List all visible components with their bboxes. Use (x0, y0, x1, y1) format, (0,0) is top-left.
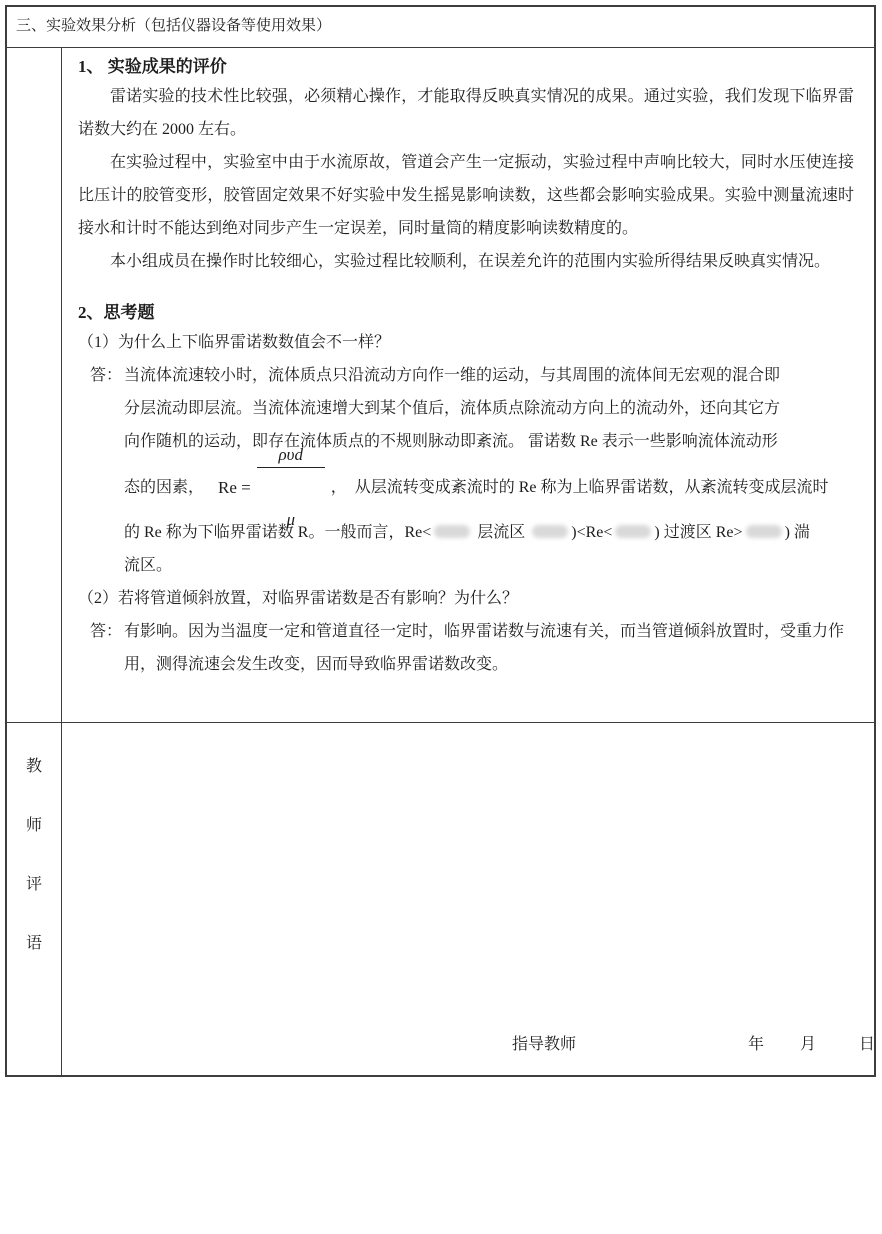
teacher-comment-area: 指导教师 年 月 日 (62, 723, 874, 1075)
signature-line: 指导教师 年 月 日 (62, 1035, 874, 1055)
answer-1-line-1: 答：当流体流速较小时，流体质点只沿流动方向作一维的运动，与其周围的流体间无宏观的… (124, 359, 854, 392)
section2-block: 2、思考题 （1）为什么上下临界雷诺数数值会不一样？ 答：当流体流速较小时，流体… (78, 300, 854, 681)
formula-lhs: Re = (218, 471, 251, 504)
section-header-row: 三、实验效果分析（包括仪器设备等使用效果） (7, 7, 874, 48)
answer-1-text-1: 当流体流速较小时，流体质点只沿流动方向作一维的运动，与其周围的流体间无宏观的混合… (124, 367, 780, 384)
answer-2-label: 答： (90, 615, 124, 648)
section2-title: 2、思考题 (78, 300, 854, 326)
answer-2-text: 答：有影响。因为当温度一定和管道直径一定时，临界雷诺数与流速有关，而当管道倾斜放… (124, 615, 854, 681)
formula-line-suffix: ， 从层流转变成紊流时的 Re 称为上临界雷诺数，从紊流转变成层流时 (331, 471, 829, 504)
section1-paragraph-2: 在实验过程中，实验室中由于水流原故，管道会产生一定振动，实验过程中声响比较大，同… (78, 146, 854, 245)
answer-1-label: 答： (90, 359, 124, 392)
section1-title: 1、 实验成果的评价 (78, 54, 854, 80)
answer-1-formula-line: 态的因素， Re = ρυd μ ， 从层流转变成紊流时的 Re 称为上临界雷诺… (124, 458, 854, 516)
answer-2: 答：有影响。因为当温度一定和管道直径一定时，临界雷诺数与流速有关，而当管道倾斜放… (78, 615, 854, 681)
section1-paragraph-1: 雷诺实验的技术性比较强，必须精心操作，才能取得反映真实情况的成果。通过实验，我们… (78, 80, 854, 146)
section1-paragraph-3: 本小组成员在操作时比较细心，实验过程比较顺利，在误差允许的范围内实验所得结果反映… (78, 245, 854, 278)
year-label: 年 (748, 1036, 764, 1053)
teacher-comment-row: 教 师 评 语 指导教师 年 月 日 (7, 723, 874, 1075)
section-header-title: 三、实验效果分析（包括仪器设备等使用效果） (16, 18, 331, 34)
redacted-value-2 (532, 525, 568, 538)
redacted-value-3 (615, 525, 651, 538)
answer-1-line-5-seg-3: )<Re< (571, 524, 612, 541)
answer-1-line-5-seg-1: 的 Re 称为下临界雷诺数 R。一般而言，Re< (124, 524, 431, 541)
supervising-teacher-label: 指导教师 (512, 1036, 576, 1053)
answer-1-line-5-seg-5: ) 湍 (785, 524, 810, 541)
teacher-label-char-3: 评 (26, 871, 42, 894)
answer-1-line-5: 的 Re 称为下临界雷诺数 R。一般而言，Re< 层流区 )<Re<) 过渡区 … (124, 516, 854, 549)
teacher-label-char-2: 师 (26, 812, 42, 835)
empty-left-cell (7, 48, 62, 722)
teacher-label-char-1: 教 (26, 753, 42, 776)
answer-2-body: 有影响。因为当温度一定和管道直径一定时，临界雷诺数与流速有关，而当管道倾斜放置时… (124, 623, 844, 673)
report-form-table: 三、实验效果分析（包括仪器设备等使用效果） 1、 实验成果的评价 雷诺实验的技术… (5, 5, 876, 1077)
teacher-label-char-4: 语 (26, 930, 42, 953)
answer-1-line-5-seg-4: ) 过渡区 Re> (654, 524, 742, 541)
answer-1: 答：当流体流速较小时，流体质点只沿流动方向作一维的运动，与其周围的流体间无宏观的… (78, 359, 854, 582)
teacher-comment-label-cell: 教 师 评 语 (7, 723, 62, 1075)
analysis-content-cell: 1、 实验成果的评价 雷诺实验的技术性比较强，必须精心操作，才能取得反映真实情况… (62, 48, 874, 722)
formula-numerator: ρυd (257, 445, 325, 468)
main-content-row: 1、 实验成果的评价 雷诺实验的技术性比较强，必须精心操作，才能取得反映真实情况… (7, 48, 874, 723)
redacted-value-4 (746, 525, 782, 538)
redacted-value-1 (434, 525, 470, 538)
formula-line-prefix: 态的因素， (124, 471, 204, 504)
question-2: （2）若将管道倾斜放置，对临界雷诺数是否有影响？为什么？ (78, 582, 854, 615)
day-label: 日 (859, 1036, 875, 1053)
month-label: 月 (800, 1036, 816, 1053)
answer-1-line-5-seg-2: 层流区 (473, 524, 529, 541)
question-1: （1）为什么上下临界雷诺数数值会不一样？ (78, 326, 854, 359)
